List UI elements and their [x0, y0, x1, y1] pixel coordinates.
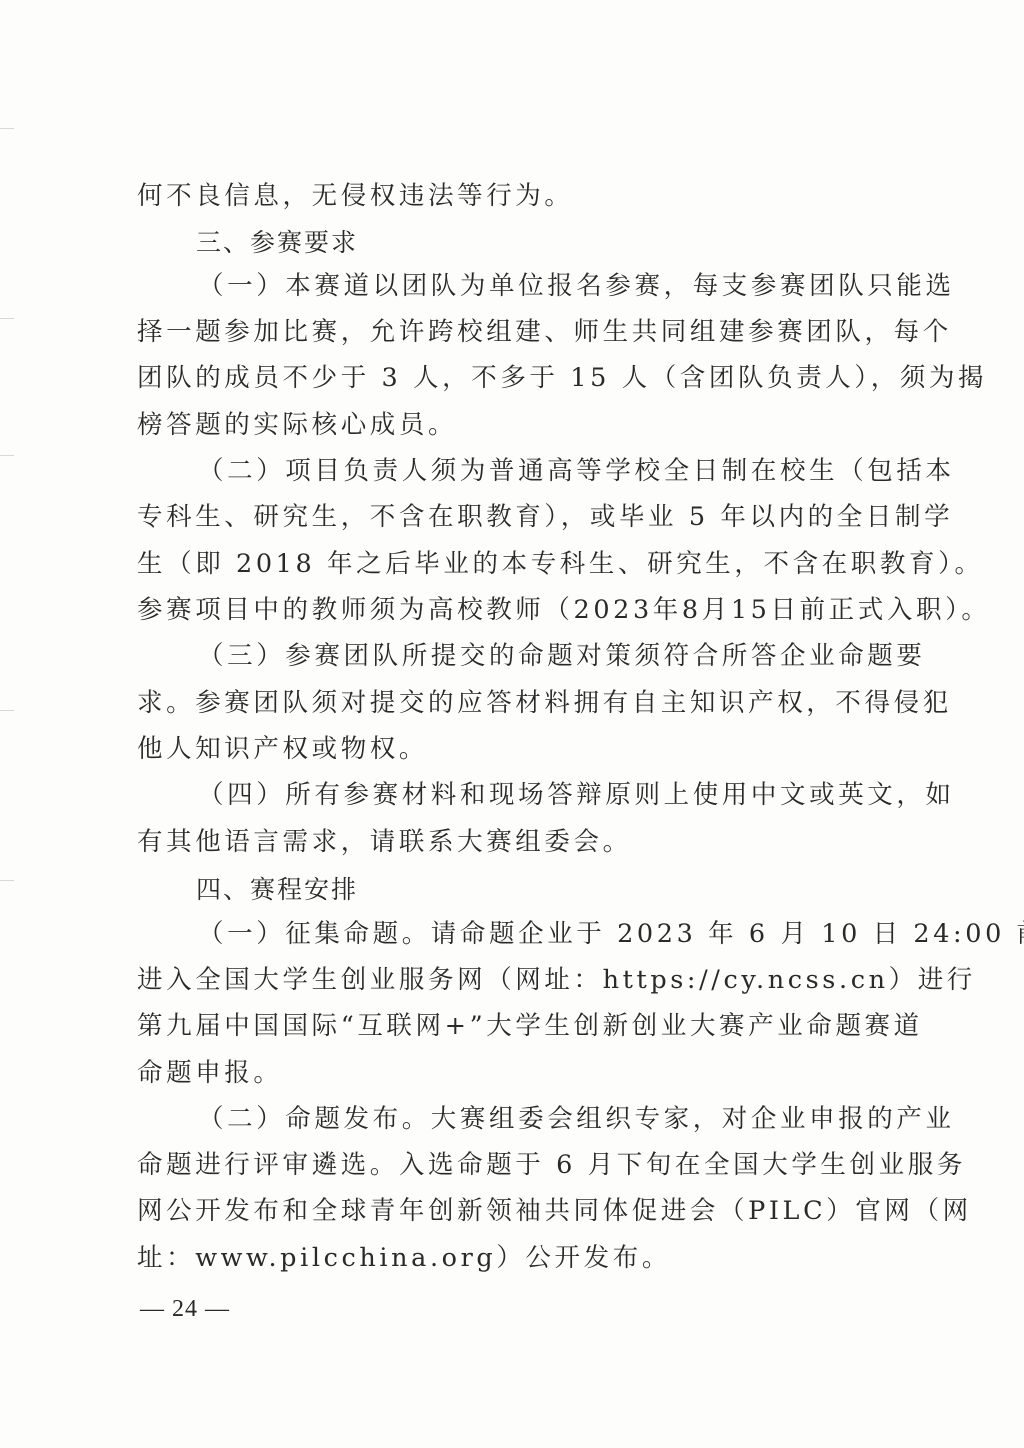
paragraph-line: 命题进行评审遴选。入选命题于 6 月下旬在全国大学生创业服务 [137, 1148, 917, 1182]
scan-edge-mark [0, 128, 14, 129]
paragraph-line: 榜答题的实际核心成员。 [137, 408, 917, 442]
paragraph-line: 择一题参加比赛，允许跨校组建、师生共同组建参赛团队，每个 [137, 315, 917, 349]
paragraph-line: 参赛项目中的教师须为高校教师（2023年8月15日前正式入职）。 [137, 593, 917, 627]
paragraph-line: 第九届中国国际“互联网+”大学生创新创业大赛产业命题赛道 [137, 1009, 917, 1043]
scan-edge-mark [0, 455, 14, 456]
scan-edge-mark [0, 880, 14, 881]
scan-edge-mark [0, 710, 14, 711]
paragraph-line: 他人知识产权或物权。 [137, 732, 917, 766]
paragraph-line: 有其他语言需求，请联系大赛组委会。 [137, 825, 917, 859]
paragraph-line: （二）项目负责人须为普通高等学校全日制在校生（包括本 [198, 454, 918, 488]
paragraph-line: 址：www.pilcchina.org）公开发布。 [137, 1241, 917, 1275]
paragraph-line: 进入全国大学生创业服务网（网址：https://cy.ncss.cn）进行 [137, 963, 917, 997]
paragraph-line: 专科生、研究生，不含在职教育），或毕业 5 年以内的全日制学 [137, 500, 917, 534]
paragraph-line: （一）本赛道以团队为单位报名参赛，每支参赛团队只能选 [198, 269, 918, 303]
paragraph-line: 命题申报。 [137, 1056, 917, 1090]
paragraph-line: （三）参赛团队所提交的命题对策须符合所答企业命题要 [198, 639, 918, 673]
paragraph-line: （一）征集命题。请命题企业于 2023 年 6 月 10 日 24:00 前 [198, 917, 918, 951]
paragraph-line: 求。参赛团队须对提交的应答材料拥有自主知识产权，不得侵犯 [137, 686, 917, 720]
paragraph-line: 团队的成员不少于 3 人，不多于 15 人（含团队负责人），须为揭 [137, 361, 917, 395]
paragraph-line: （二）命题发布。大赛组委会组织专家，对企业申报的产业 [198, 1102, 918, 1136]
paragraph-line: 何不良信息，无侵权违法等行为。 [137, 179, 917, 213]
section-heading: 三、参赛要求 [196, 226, 976, 260]
paragraph-line: （四）所有参赛材料和现场答辩原则上使用中文或英文，如 [198, 778, 918, 812]
section-heading: 四、赛程安排 [196, 873, 976, 907]
scan-edge-mark [0, 318, 14, 319]
paragraph-line: 网公开发布和全球青年创新领袖共同体促进会（PILC）官网（网 [137, 1194, 917, 1228]
document-page: 何不良信息，无侵权违法等行为。三、参赛要求（一）本赛道以团队为单位报名参赛，每支… [0, 0, 1024, 1448]
page-number: — 24 — [140, 1296, 230, 1323]
paragraph-line: 生（即 2018 年之后毕业的本专科生、研究生，不含在职教育）。 [137, 547, 917, 581]
